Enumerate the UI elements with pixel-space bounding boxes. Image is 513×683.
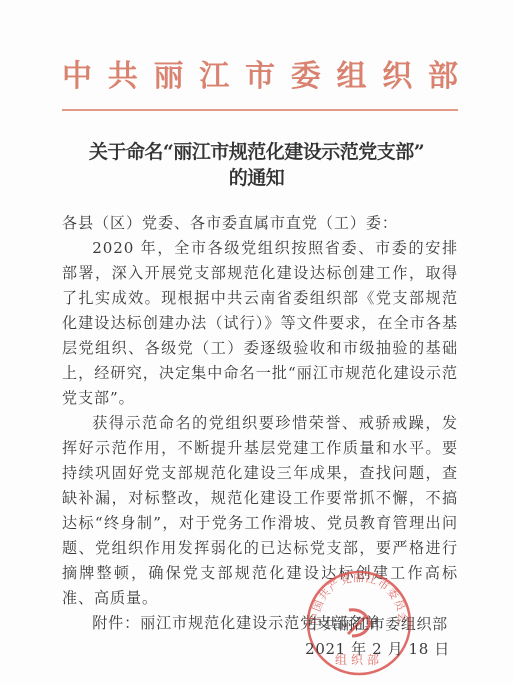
document-title: 关于命名“丽江市规范化建设示范党支部” 的通知 [40,139,473,191]
document-page: 中 共 丽 江 市 委 组 织 部 关于命名“丽江市规范化建设示范党支部” 的通… [0,0,513,683]
salutation: 各县（区）党委、各市委直属市直党（工）委： [62,211,458,236]
letterhead-char: 丽 [154,58,184,96]
letterhead-char: 委 [291,58,321,96]
letterhead-char: 中 [62,58,92,96]
signature-block: 中共丽江市委组织部 2021 年 2 月 18 日 [290,612,465,662]
letterhead-char: 共 [108,58,138,96]
letterhead-char: 组 [337,58,367,96]
title-line-2: 的通知 [40,165,473,191]
letterhead-char: 市 [245,58,275,96]
signature-date: 2021 年 2 月 18 日 [290,637,465,662]
paragraph: 2020 年，全市各级党组织按照省委、市委的安排部署，深入开展党支部规范化建设达… [62,236,458,411]
letterhead-char: 部 [428,58,458,96]
title-line-1: 关于命名“丽江市规范化建设示范党支部” [40,139,473,165]
organization-letterhead: 中 共 丽 江 市 委 组 织 部 [62,58,458,96]
letterhead-divider [62,109,458,111]
signature-organization: 中共丽江市委组织部 [290,612,465,637]
letterhead-char: 江 [199,58,229,96]
letterhead-char: 织 [382,58,412,96]
